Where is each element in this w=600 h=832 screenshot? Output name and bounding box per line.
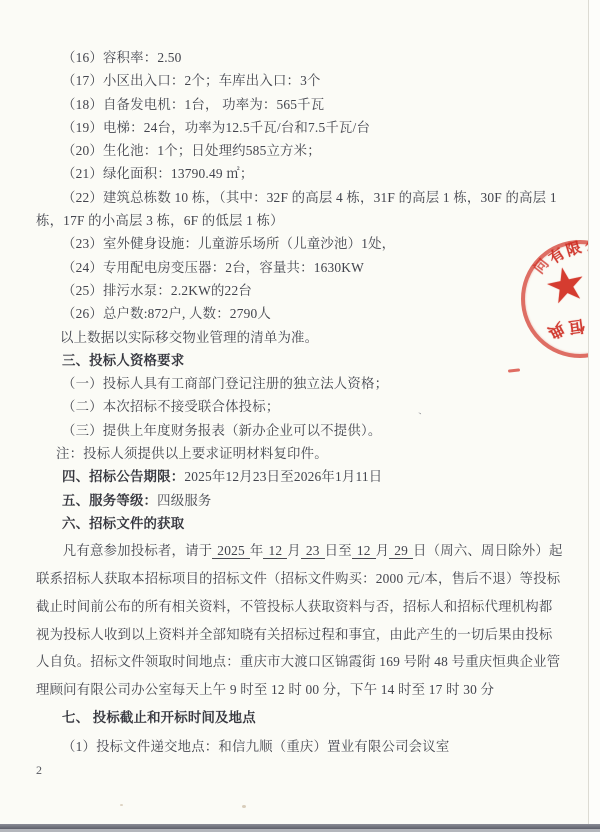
section5-value: 四级服务 — [157, 493, 211, 508]
facility-item-24: （24）专用配电房变压器：2台，容量共：1630KW — [36, 256, 564, 279]
para-seg-10: 日（周六、周日除外）起联系招标人获取本招标项目的招标文件（招标文件购买：2000… — [36, 543, 563, 697]
facility-item-18: （18）自备发电机：1台， 功率为：565千瓦 — [36, 93, 564, 116]
section5-label: 五、服务等级： — [62, 493, 157, 508]
section3-item-2: （二）本次招标不接受联合体投标； — [62, 395, 564, 418]
section4-value: 2025年12月23日至2026年1月11日 — [184, 469, 382, 484]
underlined-month-1: 12 — [263, 543, 287, 559]
para-seg-4: 月 — [287, 543, 301, 558]
section7-item-1: （1）投标文件递交地点：和信九顺（重庆）置业有限公司会议室 — [62, 735, 564, 758]
facility-item-20: （20）生化池：1个；日处理约585立方米； — [36, 139, 564, 162]
scan-speck — [120, 804, 123, 806]
facility-item-23: （23）室外健身设施：儿童游乐场所（儿童沙池）1处， — [36, 232, 564, 255]
facility-item-26: （26）总户数:872户, 人数：2790人 — [36, 302, 564, 325]
section3-item-3: （三）提供上年度财务报表（新办企业可以不提供）。 — [62, 419, 564, 442]
section4-label: 四、招标公告期限： — [62, 469, 184, 484]
underlined-year: 2025 — [212, 543, 250, 559]
underlined-day-1: 23 — [301, 543, 325, 559]
section3-heading: 三、投标人资格要求 — [62, 349, 564, 372]
section4-heading: 四、招标公告期限：2025年12月23日至2026年1月11日 — [62, 465, 564, 488]
seal-inner-char: 恒 — [567, 315, 586, 340]
facility-item-25: （25）排污水泵：2.2KW的22台 — [36, 279, 564, 302]
para-seg-8: 月 — [376, 543, 390, 558]
section5-heading: 五、服务等级：四级服务 — [62, 489, 564, 512]
section3-item-1: （一）投标人具有工商部门登记注册的独立法人资格； — [62, 372, 564, 395]
scan-speck — [242, 805, 246, 808]
document-acquisition-paragraph: 凡有意参加投标者，请于2025年12月23日至12月29日（周六、周日除外）起联… — [36, 537, 564, 704]
para-seg-6: 日至 — [325, 543, 352, 558]
para-seg-2: 年 — [250, 543, 264, 558]
scanned-document-page: （16）容积率：2.50 （17）小区出入口：2个；车库出入口：3个 （18）自… — [0, 0, 600, 832]
section7-heading: 七、 投标截止和开标时间及地点 — [62, 706, 564, 729]
section3-note: 注：投标人须提供以上要求证明材料复印件。 — [56, 442, 564, 465]
section6-heading: 六、招标文件的获取 — [62, 512, 564, 535]
facility-item-22: （22）建筑总栋数 10 栋，（其中：32F 的高层 4 栋，31F 的高层 1… — [36, 186, 564, 233]
facility-item-21: （21）绿化面积：13790.49 ㎡； — [36, 162, 564, 185]
underlined-month-2: 12 — [352, 543, 376, 559]
underlined-day-2: 29 — [389, 543, 413, 559]
paper-edge-strip — [589, 0, 600, 826]
facility-item-17: （17）小区出入口：2个；车库出入口：3个 — [36, 69, 564, 92]
page-number: 2 — [36, 763, 42, 778]
para-seg-0: 凡有意参加投标者，请于 — [63, 543, 213, 558]
data-disclaimer-note: 以上数据以实际移交物业管理的清单为准。 — [60, 326, 564, 349]
facility-item-16: （16）容积率：2.50 — [36, 46, 564, 69]
document-body: （16）容积率：2.50 （17）小区出入口：2个；车库出入口：3个 （18）自… — [36, 46, 564, 759]
facility-item-19: （19）电梯：24台，功率为12.5千瓦/台和7.5千瓦/台 — [36, 116, 564, 139]
